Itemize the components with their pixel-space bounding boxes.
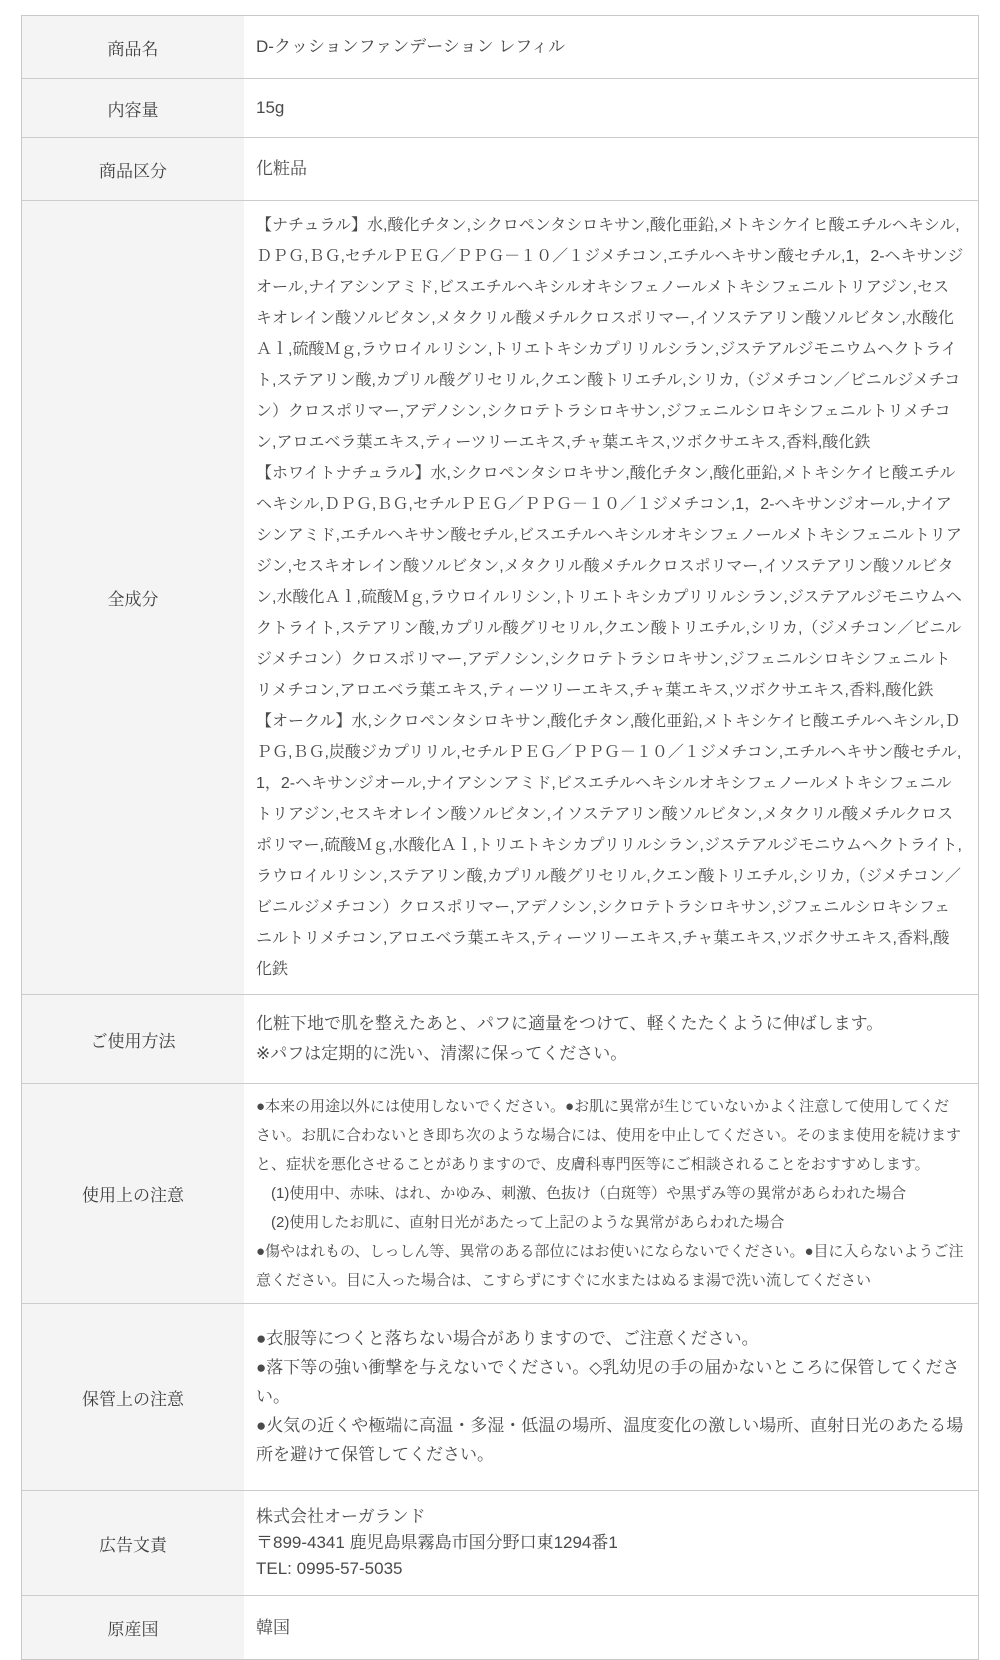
volume-value: 15g — [244, 79, 978, 137]
usage-line-1: 化粧下地で肌を整えたあと、パフに適量をつけて、軽くたたくように伸ばします。 — [256, 1009, 964, 1039]
row-usage: ご使用方法 化粧下地で肌を整えたあと、パフに適量をつけて、軽くたたくように伸ばし… — [22, 994, 978, 1083]
caution-case-2: (2)使用したお肌に、直射日光があたって上記のような異常があらわれた場合 — [256, 1208, 964, 1237]
row-caution: 使用上の注意 ●本来の用途以外には使用しないでください。●お肌に異常が生じていな… — [22, 1083, 978, 1303]
caution-value: ●本来の用途以外には使用しないでください。●お肌に異常が生じていないかよく注意し… — [244, 1084, 978, 1303]
row-storage: 保管上の注意 ●衣服等につくと落ちない場合がありますので、ご注意ください。 ●落… — [22, 1303, 978, 1450]
caution-label: 使用上の注意 — [22, 1084, 244, 1303]
caution-paragraph-2: ●傷やはれもの、しっしん等、異常のある部位にはお使いにならないでください。●目に… — [256, 1237, 964, 1295]
ingredients-natural: 【ナチュラル】水,酸化チタン,シクロペンタシロキサン,酸化亜鉛,メトキシケイヒ酸… — [256, 210, 964, 458]
ingredients-value: 【ナチュラル】水,酸化チタン,シクロペンタシロキサン,酸化亜鉛,メトキシケイヒ酸… — [244, 201, 978, 994]
caution-paragraph-1: ●本来の用途以外には使用しないでください。●お肌に異常が生じていないかよく注意し… — [256, 1092, 964, 1179]
ingredients-label: 全成分 — [22, 201, 244, 994]
product-name-label: 商品名 — [22, 16, 244, 78]
storage-label: 保管上の注意 — [22, 1304, 244, 1450]
usage-label: ご使用方法 — [22, 995, 244, 1083]
storage-paragraph-1: ●衣服等につくと落ちない場合がありますので、ご注意ください。 — [256, 1324, 964, 1353]
storage-value: ●衣服等につくと落ちない場合がありますので、ご注意ください。 ●落下等の強い衝撃… — [244, 1304, 978, 1450]
usage-line-2: ※パフは定期的に洗い、清潔に保ってください。 — [256, 1039, 964, 1069]
product-spec-table: 商品名 D-クッションファンデーション レフィル 内容量 15g 商品区分 化粧… — [21, 15, 979, 1450]
category-value: 化粧品 — [244, 138, 978, 200]
product-name-value: D-クッションファンデーション レフィル — [244, 16, 978, 78]
ingredients-ochre: 【オークル】水,シクロペンタシロキサン,酸化チタン,酸化亜鉛,メトキシケイヒ酸エ… — [256, 706, 964, 985]
ingredients-white-natural: 【ホワイトナチュラル】水,シクロペンタシロキサン,酸化チタン,酸化亜鉛,メトキシ… — [256, 458, 964, 706]
row-ingredients: 全成分 【ナチュラル】水,酸化チタン,シクロペンタシロキサン,酸化亜鉛,メトキシ… — [22, 200, 978, 994]
storage-paragraph-3: ●火気の近くや極端に高温・多湿・低温の場所、温度変化の激しい場所、直射日光のあた… — [256, 1411, 964, 1450]
row-product-name: 商品名 D-クッションファンデーション レフィル — [22, 16, 978, 78]
volume-label: 内容量 — [22, 79, 244, 137]
row-volume: 内容量 15g — [22, 78, 978, 137]
category-label: 商品区分 — [22, 138, 244, 200]
row-category: 商品区分 化粧品 — [22, 137, 978, 200]
storage-paragraph-2: ●落下等の強い衝撃を与えないでください。◇乳幼児の手の届かないところに保管してく… — [256, 1353, 964, 1411]
usage-value: 化粧下地で肌を整えたあと、パフに適量をつけて、軽くたたくように伸ばします。 ※パ… — [244, 995, 978, 1083]
caution-case-1: (1)使用中、赤味、はれ、かゆみ、刺激、色抜け（白斑等）や黒ずみ等の異常があらわ… — [256, 1179, 964, 1208]
